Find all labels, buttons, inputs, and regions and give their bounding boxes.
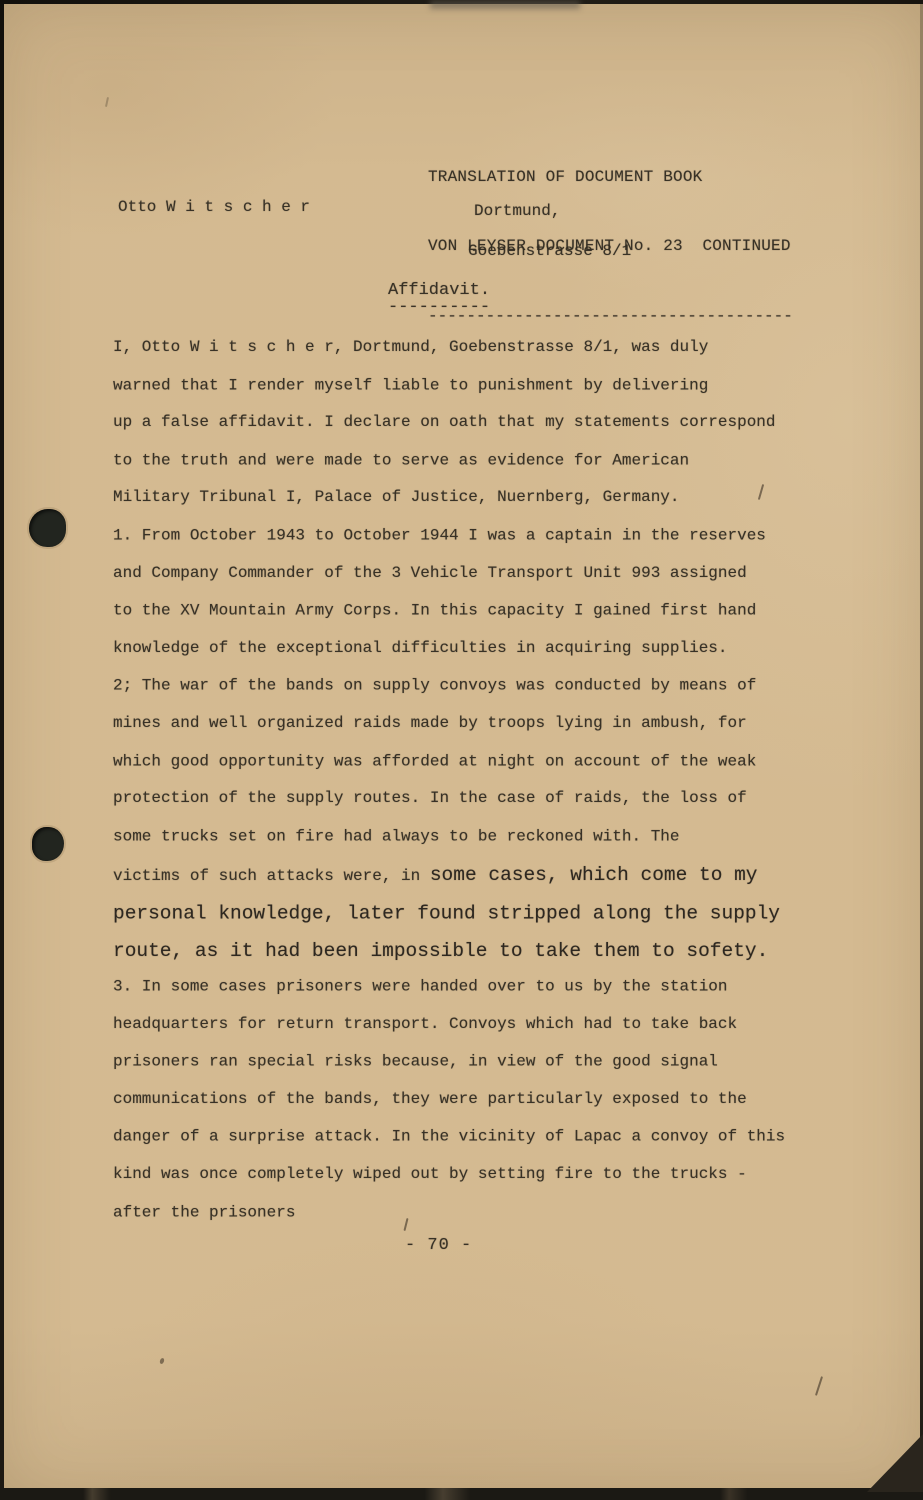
body-line: and Company Commander of the 3 Vehicle T… [113,564,843,602]
body-lines: I, Otto W i t s c h e r, Dortmund, Goebe… [113,338,843,1240]
body-line: mines and well organized raids made by t… [113,714,843,752]
document-page: TRANSLATION OF DOCUMENT BOOK VON LEYSER … [0,0,923,1500]
body-line: route, as it had been impossible to take… [113,940,843,978]
body-line: Military Tribunal I, Palace of Justice, … [113,488,843,526]
address-city: Dortmund, [474,202,560,220]
header-line-1: TRANSLATION OF DOCUMENT BOOK [428,166,793,189]
body-line: to the XV Mountain Army Corps. In this c… [113,602,843,640]
scan-shadow [430,0,580,9]
body-line: victims of such attacks were, in some ca… [113,864,843,902]
body-line: up a false affidavit. I declare on oath … [113,413,843,451]
body-line: knowledge of the exceptional difficultie… [113,639,843,677]
body-line: after the prisoners [113,1203,843,1241]
ink-speck [159,1357,165,1364]
pen-mark [815,1376,823,1396]
body-line: 2; The war of the bands on supply convoy… [113,677,843,715]
body-line: kind was once completely wiped out by se… [113,1165,843,1203]
page-number: - 70 - [405,1236,472,1255]
body-line: danger of a surprise attack. In the vici… [113,1128,843,1166]
title-dashed-rule: ---------- [388,298,490,317]
body-line: personal knowledge, later found stripped… [113,902,843,940]
deponent-name: Otto W i t s c h e r [118,198,310,216]
punch-hole-bottom [32,827,64,861]
torn-corner [867,1434,923,1492]
body-line: 3. In some cases prisoners were handed o… [113,978,843,1016]
address-street: Goebenstrasse 8/1 [468,242,631,260]
body-line: some trucks set on fire had always to be… [113,827,843,865]
punch-hole-top [29,509,66,547]
body-line: warned that I render myself liable to pu… [113,376,843,414]
scan-edge-bottom [0,1488,923,1500]
body-line: protection of the supply routes. In the … [113,789,843,827]
body-line: to the truth and were made to serve as e… [113,451,843,489]
body-line: which good opportunity was afforded at n… [113,752,843,790]
pen-mark [105,97,109,107]
body-line: communications of the bands, they were p… [113,1090,843,1128]
body-line: prisoners ran special risks because, in … [113,1053,843,1091]
body-line: 1. From October 1943 to October 1944 I w… [113,526,843,564]
body-line: headquarters for return transport. Convo… [113,1015,843,1053]
scan-edge-left [0,0,4,1500]
body-line: I, Otto W i t s c h e r, Dortmund, Goebe… [113,338,843,376]
